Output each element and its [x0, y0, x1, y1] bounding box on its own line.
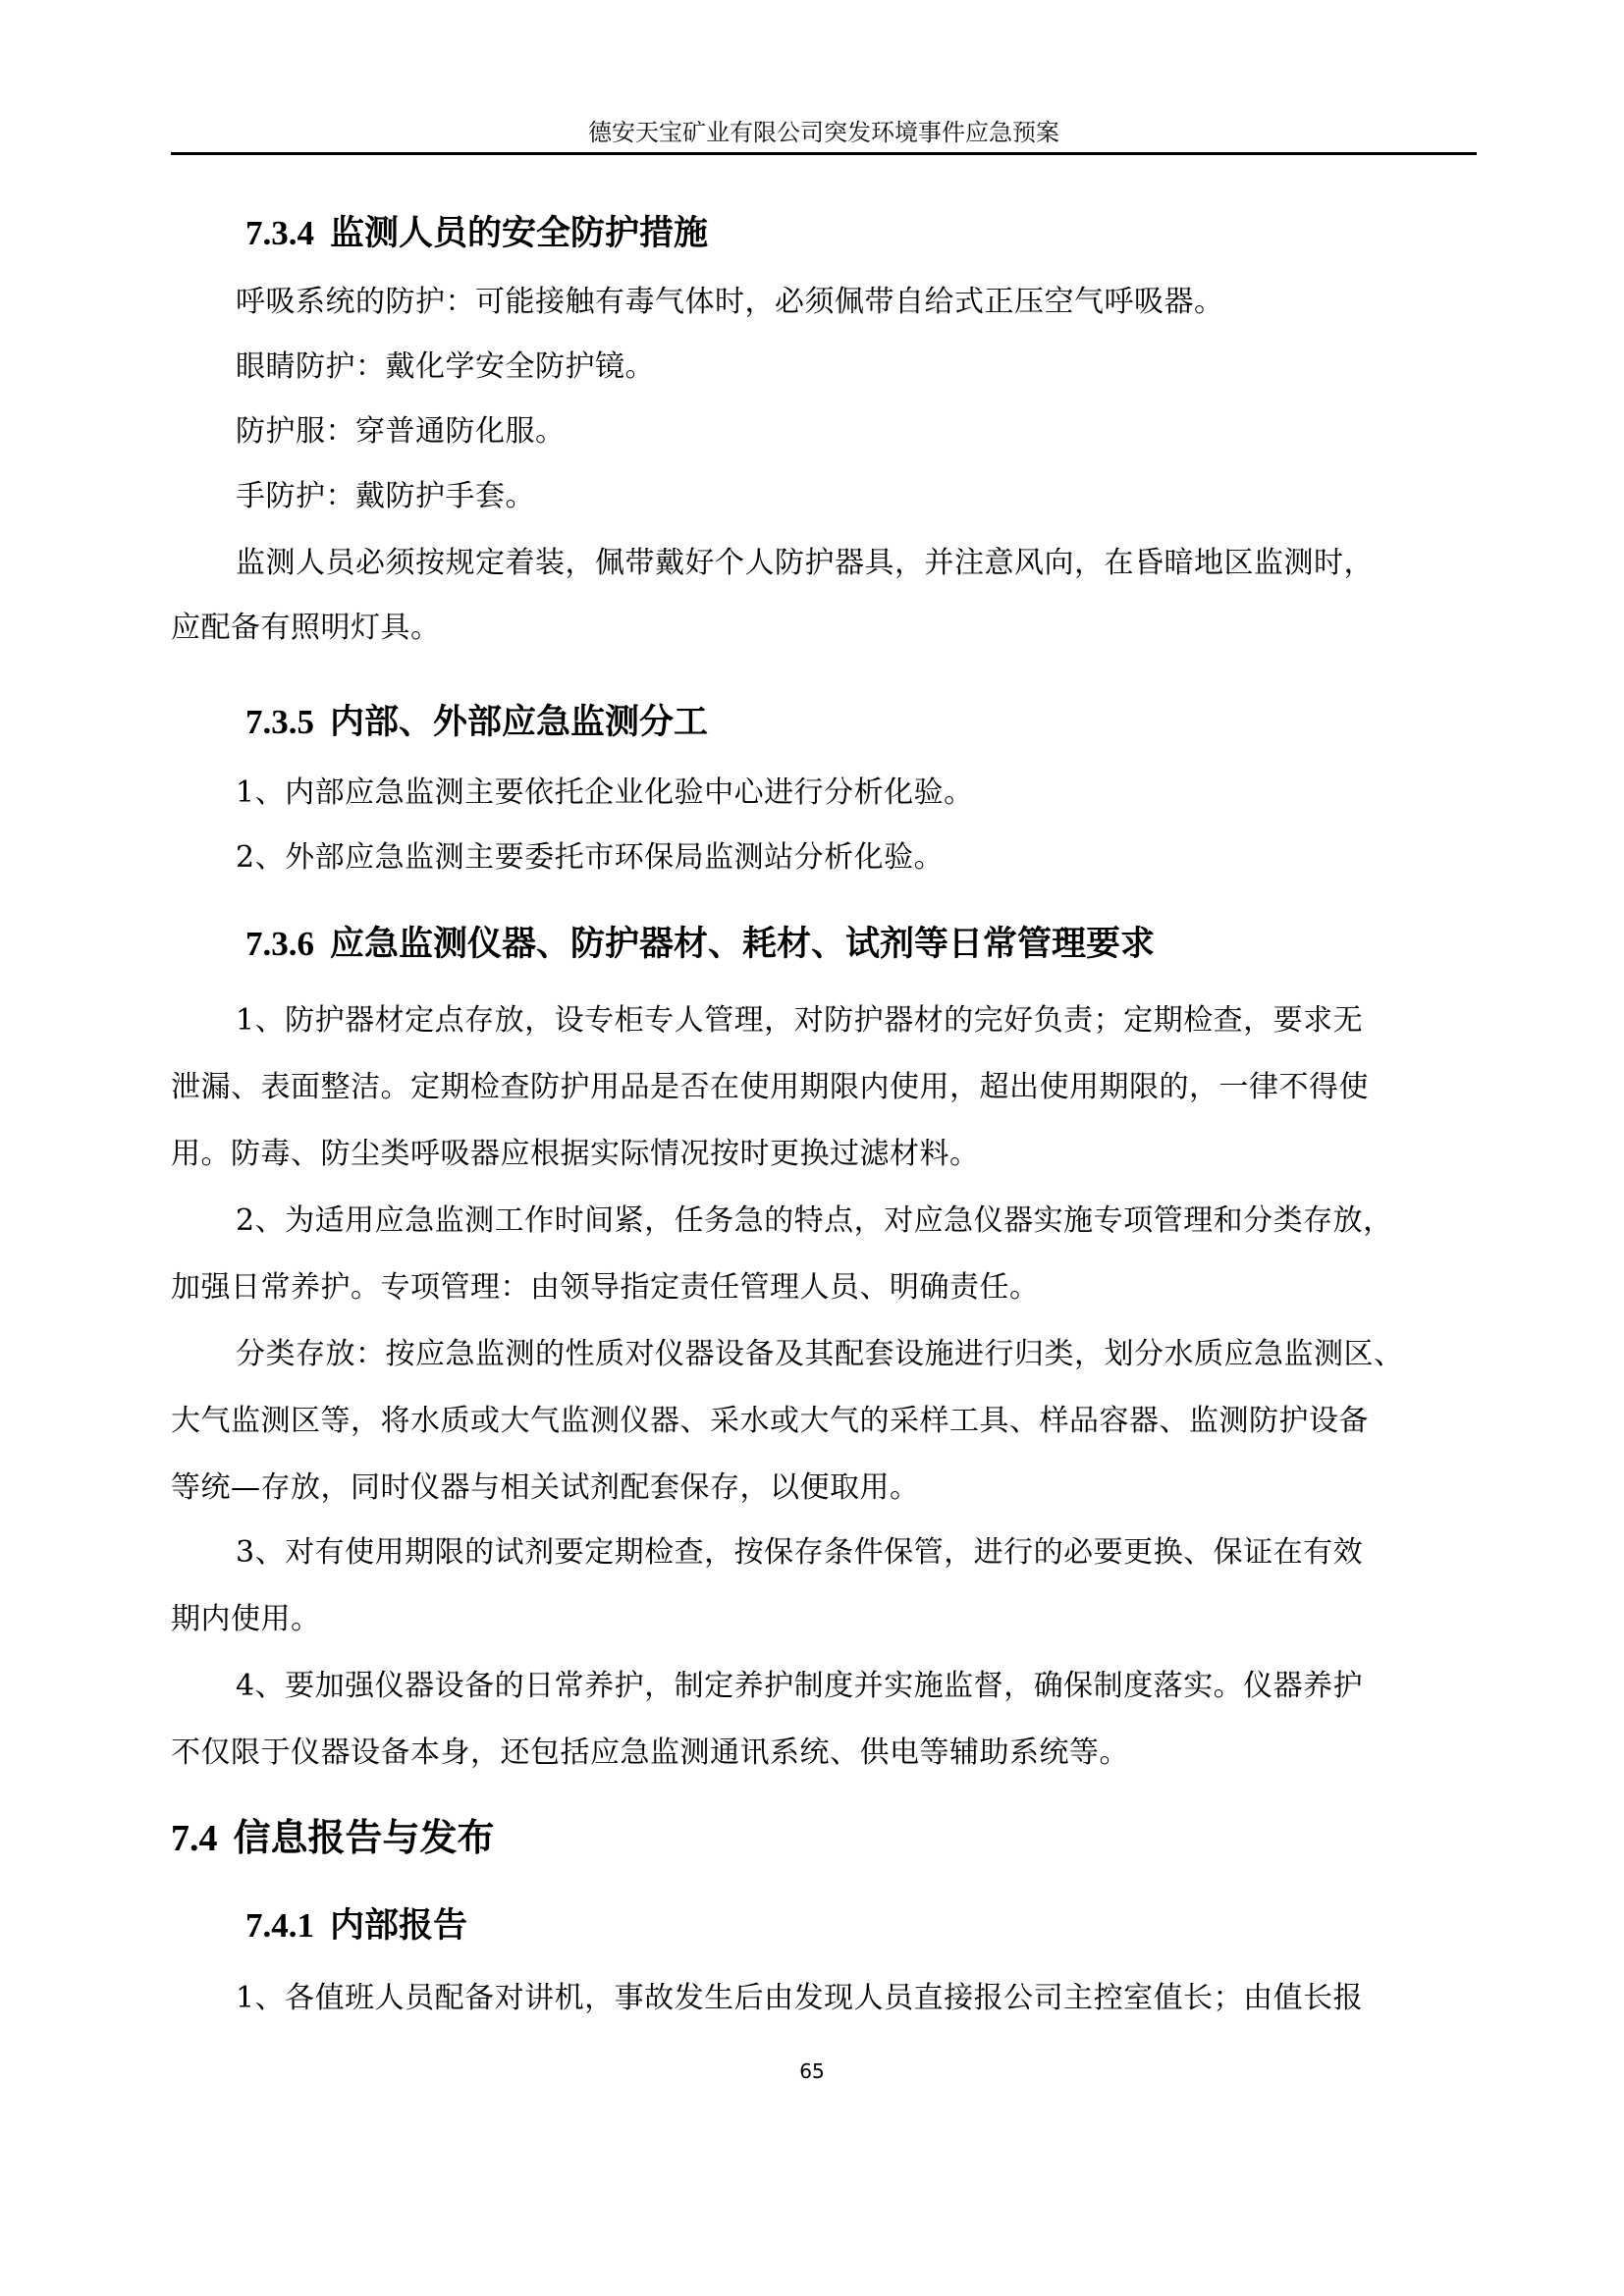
- page-number: 65: [0, 2059, 1624, 2083]
- heading-7-4: 7.4信息报告与发布: [171, 1814, 495, 1862]
- heading-number: 7.4.1: [245, 1906, 314, 1945]
- heading-7-3-4: 7.3.4监测人员的安全防护措施: [245, 212, 708, 255]
- paragraph-line: 眼睛防护：戴化学安全防护镜。: [236, 347, 1477, 387]
- heading-number: 7.3.6: [245, 925, 314, 963]
- heading-title: 内部、外部应急监测分工: [330, 702, 708, 742]
- paragraph-line: 3、对有使用期限的试剂要定期检查，按保存条件保管，进行的必要更换、保证在有效: [236, 1533, 1477, 1573]
- heading-number: 7.3.5: [245, 703, 314, 741]
- paragraph-line: 泄漏、表面整洁。定期检查防护用品是否在使用期限内使用，超出使用期限的，一律不得使: [171, 1068, 1477, 1107]
- page-header: 德安天宝矿业有限公司突发环境事件应急预案: [171, 118, 1477, 147]
- heading-title: 信息报告与发布: [234, 1815, 495, 1859]
- heading-7-3-6: 7.3.6应急监测仪器、防护器材、耗材、试剂等日常管理要求: [245, 923, 1155, 966]
- paragraph-line: 手防护：戴防护手套。: [236, 477, 1477, 516]
- paragraph-line: 1、防护器材定点存放，设专柜专人管理，对防护器材的完好负责；定期检查，要求无: [236, 1001, 1477, 1041]
- paragraph-line: 大气监测区等，将水质或大气监测仪器、采水或大气的采样工具、样品容器、监测防护设备: [171, 1402, 1477, 1441]
- paragraph-line: 防护服：穿普通防化服。: [236, 412, 1477, 452]
- header-rule: [171, 152, 1477, 155]
- heading-7-4-1: 7.4.1内部报告: [245, 1904, 467, 1948]
- heading-title: 监测人员的安全防护措施: [330, 213, 708, 253]
- paragraph-line: 1、各值班人员配备对讲机，事故发生后由发现人员直接报公司主控室值长；由值长报: [236, 1979, 1477, 2018]
- paragraph-line: 应配备有照明灯具。: [171, 609, 1477, 648]
- paragraph-line: 等统—存放，同时仪器与相关试剂配套保存，以便取用。: [171, 1468, 1477, 1508]
- paragraph-line: 2、为适用应急监测工作时间紧，任务急的特点，对应急仪器实施专项管理和分类存放，: [236, 1201, 1477, 1241]
- heading-number: 7.4: [171, 1818, 218, 1859]
- paragraph-line: 用。防毒、防尘类呼吸器应根据实际情况按时更换过滤材料。: [171, 1135, 1477, 1174]
- heading-7-3-5: 7.3.5内部、外部应急监测分工: [245, 701, 708, 744]
- heading-title: 内部报告: [330, 1905, 467, 1946]
- heading-number: 7.3.4: [245, 214, 314, 252]
- heading-title: 应急监测仪器、防护器材、耗材、试剂等日常管理要求: [330, 924, 1155, 964]
- paragraph-line: 分类存放：按应急监测的性质对仪器设备及其配套设施进行归类，划分水质应急监测区、: [236, 1335, 1477, 1374]
- paragraph-line: 1、内部应急监测主要依托企业化验中心进行分析化验。: [236, 774, 1477, 813]
- paragraph-line: 4、要加强仪器设备的日常养护，制定养护制度并实施监督，确保制度落实。仪器养护: [236, 1667, 1477, 1706]
- paragraph-line: 呼吸系统的防护：可能接触有毒气体时，必须佩带自给式正压空气呼吸器。: [236, 283, 1477, 322]
- paragraph-line: 不仅限于仪器设备本身，还包括应急监测通讯系统、供电等辅助系统等。: [171, 1734, 1477, 1773]
- paragraph-line: 期内使用。: [171, 1600, 1477, 1639]
- paragraph-line: 加强日常养护。专项管理：由领导指定责任管理人员、明确责任。: [171, 1268, 1477, 1308]
- paragraph-line: 监测人员必须按规定着装，佩带戴好个人防护器具，并注意风向，在昏暗地区监测时，: [236, 544, 1477, 583]
- paragraph-line: 2、外部应急监测主要委托市环保局监测站分析化验。: [236, 838, 1477, 878]
